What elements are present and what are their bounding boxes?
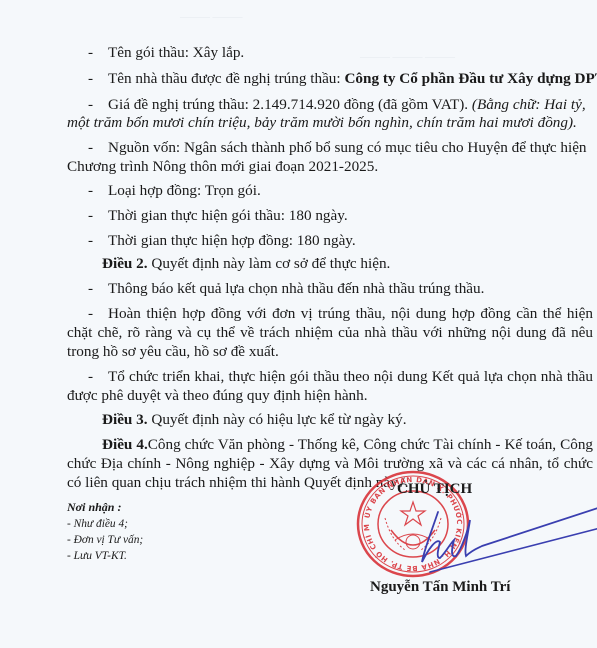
recipients-title: Nơi nhận :	[67, 500, 121, 514]
article-2-bullet-1: Thông báo kết quả lựa chọn nhà thầu đến …	[108, 280, 484, 298]
article-3-text: Quyết định này có hiệu lực kể từ ngày ký…	[148, 411, 407, 428]
article-4-heading: Điều 4.	[102, 436, 148, 453]
bullet-dash: -	[88, 305, 93, 323]
article-2-bullet-2-cont: trong hồ sơ yêu cầu, hồ sơ đề xuất.	[67, 343, 279, 361]
bullet-dash: -	[88, 280, 93, 298]
article-2-bullet-2: Hoàn thiện hợp đồng với đơn vị trúng thầ…	[108, 305, 593, 323]
bullet-dash: -	[88, 207, 93, 225]
article-2: Điều 2. Quyết định này làm cơ sở để thực…	[102, 255, 390, 273]
bullet-dash: -	[88, 182, 93, 200]
article-4-cont: chức Địa chính - Nông nghiệp - Xây dựng …	[67, 455, 593, 473]
contract-type: Loại hợp đồng: Trọn gói.	[108, 182, 261, 200]
funding-source-cont: Chương trình Nông thôn mới giai đoạn 202…	[67, 158, 378, 176]
bullet-dash: -	[88, 44, 93, 62]
bid-price-label: Giá đề nghị trúng thầu: 2.149.714.920 đồ…	[108, 96, 472, 113]
contract-duration: Thời gian thực hiện hợp đồng: 180 ngày.	[108, 232, 356, 250]
signatory-name: Nguyễn Tấn Minh Trí	[370, 578, 510, 596]
article-2-bullet-2-cont: chặt chẽ, rõ ràng và cụ thể về trách nhi…	[67, 324, 593, 342]
handwritten-signature-icon	[410, 500, 597, 575]
package-name-value: Xây lắp.	[193, 44, 244, 61]
recipient-item: - Lưu VT-KT.	[67, 549, 127, 563]
recipient-item: - Như điều 4;	[67, 517, 128, 531]
package-name-label: Tên gói thầu:	[108, 44, 193, 61]
funding-source: Nguồn vốn: Ngân sách thành phố bổ sung c…	[108, 139, 587, 157]
package-duration: Thời gian thực hiện gói thầu: 180 ngày.	[108, 207, 348, 225]
bleed-through-text: ——— ———	[180, 12, 243, 23]
bullet-dash: -	[88, 232, 93, 250]
article-2-text: Quyết định này làm cơ sở để thực hiện.	[148, 255, 391, 272]
article-3: Điều 3. Quyết định này có hiệu lực kể từ…	[102, 411, 407, 429]
bullet-dash: -	[88, 96, 93, 114]
signatory-title: CHỦ TỊCH	[397, 480, 472, 498]
winning-contractor-value: Công ty Cổ phần Đầu tư Xây dựng DPT.	[344, 70, 597, 87]
recipient-item: - Đơn vị Tư vấn;	[67, 533, 143, 547]
bid-price-words: (Bằng chữ: Hai tỷ,	[472, 96, 586, 113]
article-4-text: Công chức Văn phòng - Thống kê, Công chứ…	[148, 436, 593, 453]
bleed-through-text: ——— ——— ———	[360, 52, 455, 63]
bid-price-words-cont: một trăm bốn mươi chín triệu, bảy trăm m…	[67, 114, 577, 132]
bid-price: Giá đề nghị trúng thầu: 2.149.714.920 đồ…	[108, 96, 586, 114]
article-4: Điều 4.Công chức Văn phòng - Thống kê, C…	[102, 436, 593, 454]
article-2-heading: Điều 2.	[102, 255, 148, 272]
bullet-dash: -	[88, 368, 93, 386]
article-2-bullet-3-cont: được phê duyệt và theo đúng quy định hiệ…	[67, 387, 368, 405]
article-2-bullet-3: Tổ chức triển khai, thực hiện gói thầu t…	[108, 368, 593, 386]
winning-contractor: Tên nhà thầu được đề nghị trúng thầu: Cô…	[108, 70, 597, 88]
article-3-heading: Điều 3.	[102, 411, 148, 428]
package-name: Tên gói thầu: Xây lắp.	[108, 44, 244, 62]
bullet-dash: -	[88, 139, 93, 157]
bullet-dash: -	[88, 70, 93, 88]
winning-contractor-label: Tên nhà thầu được đề nghị trúng thầu:	[108, 70, 344, 87]
